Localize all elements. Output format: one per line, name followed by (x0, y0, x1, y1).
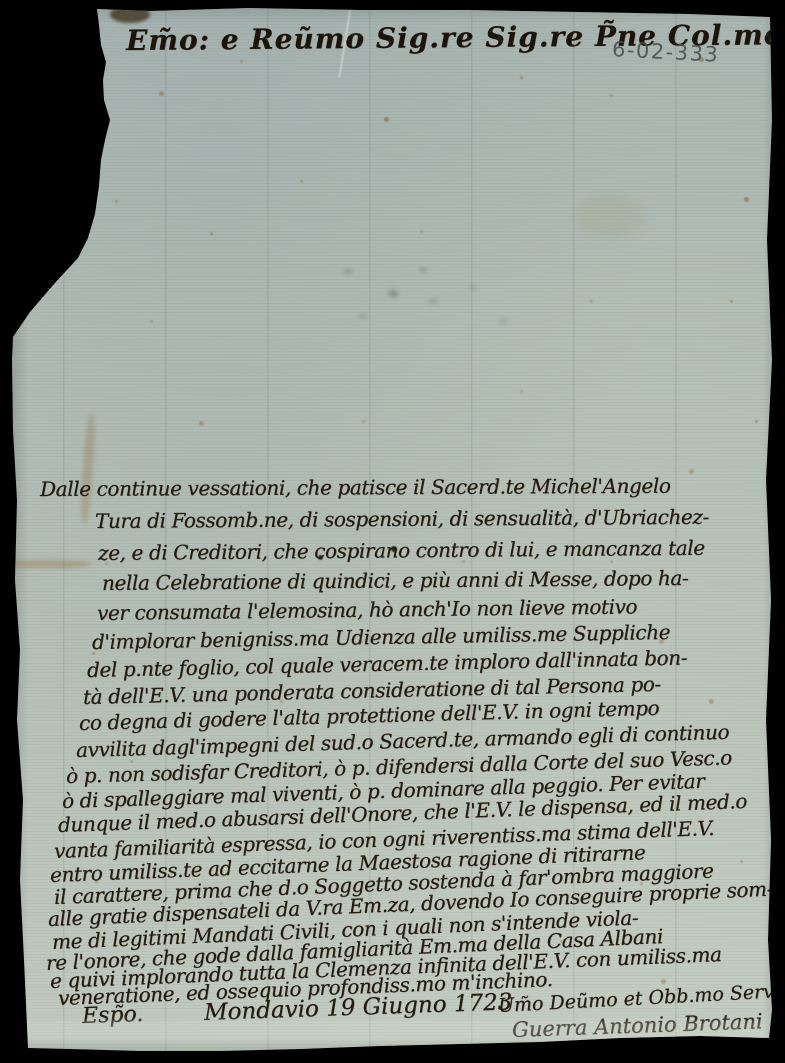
edge-shading (0, 0, 785, 1063)
bottom-fold-highlight (22, 1020, 767, 1042)
foxing-spots (0, 0, 3, 3)
ink-showthrough-smudges (0, 0, 6, 3)
manuscript-page: Em̃o: e Reũmo Sig.re Sig.re P̃ne Col.mo … (0, 0, 785, 1063)
scan-background: Em̃o: e Reũmo Sig.re Sig.re P̃ne Col.mo … (0, 0, 785, 1063)
